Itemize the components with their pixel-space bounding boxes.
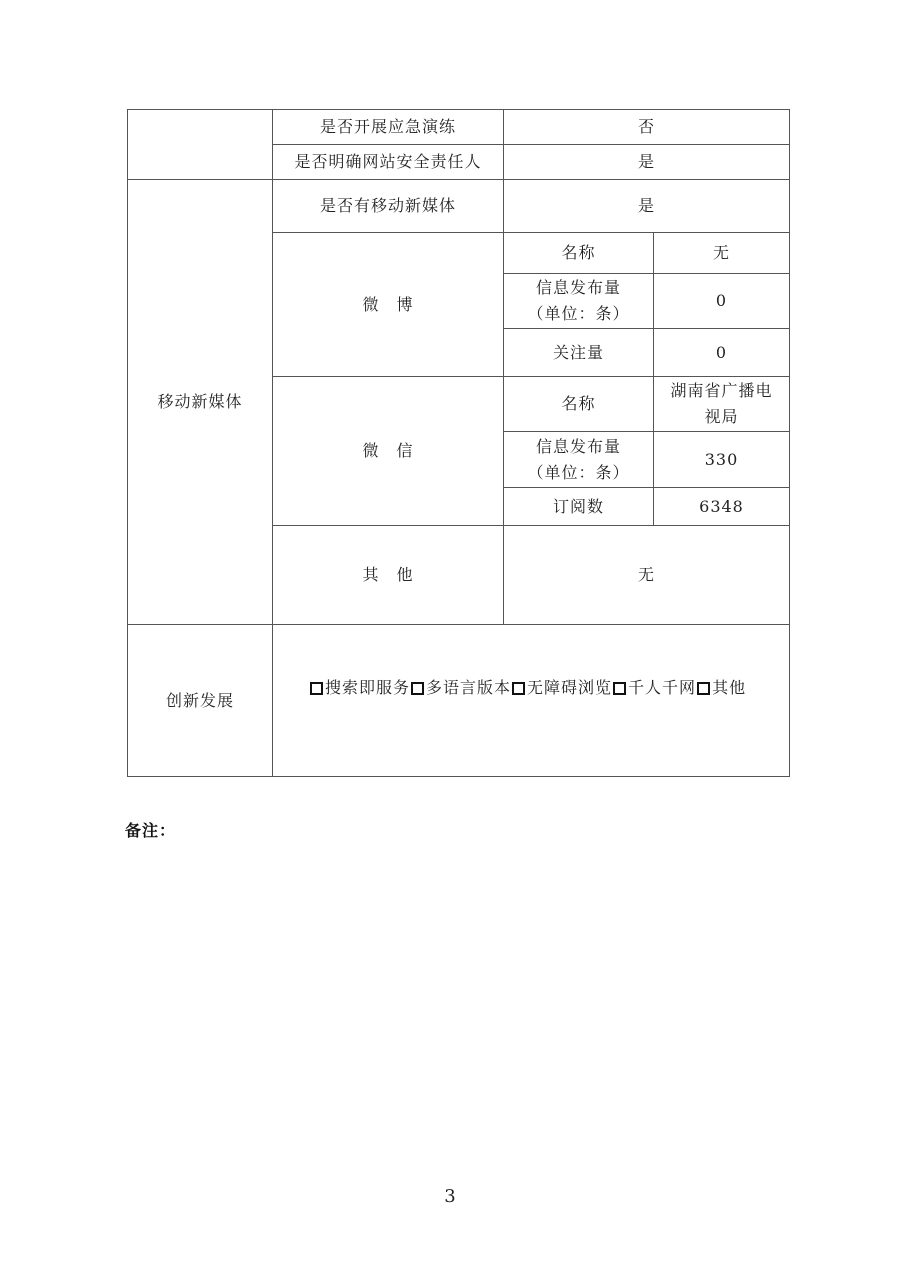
weibo-followers-label: 关注量 [504,329,653,376]
table-border-bottom [127,776,790,777]
emergency-drill-value: 否 [504,110,789,144]
has-mobile-media-label: 是否有移动新媒体 [273,180,503,232]
mobile-media-section-label: 移动新媒体 [128,180,272,624]
weibo-posts-value: 0 [654,274,789,328]
remarks-label: 备注： [125,818,176,841]
security-officer-value: 是 [504,145,789,179]
wechat-label: 微 信 [273,377,503,525]
other-media-label: 其 他 [273,526,503,624]
other-media-value: 无 [504,526,789,624]
wechat-posts-label: 信息发布量 （单位：条） [504,432,653,487]
weibo-name-value: 无 [654,233,789,273]
wechat-subscribers-label: 订阅数 [504,488,653,525]
checkbox-personalization[interactable] [613,682,626,695]
option-label-personalization: 千人千网 [628,675,696,701]
wechat-subscribers-value: 6348 [654,488,789,525]
security-officer-label: 是否明确网站安全责任人 [273,145,503,179]
option-label-search-service: 搜索即服务 [325,675,410,701]
table-border-right [789,109,790,777]
option-label-multi-language: 多语言版本 [426,675,511,701]
weibo-label: 微 博 [273,233,503,376]
weibo-posts-label-line1: 信息发布量 [536,275,621,301]
weibo-posts-label: 信息发布量 （单位：条） [504,274,653,328]
wechat-posts-value: 330 [654,432,789,487]
option-label-accessibility: 无障碍浏览 [527,675,612,701]
has-mobile-media-value: 是 [504,180,789,232]
checkbox-search-service[interactable] [310,682,323,695]
checkbox-multi-language[interactable] [411,682,424,695]
weibo-posts-label-line2: （单位：条） [527,301,629,327]
emergency-drill-label: 是否开展应急演练 [273,110,503,144]
innovation-section-label: 创新发展 [128,625,272,776]
innovation-options: 搜索即服务 多语言版本 无障碍浏览 千人千网 其他 [273,625,789,775]
weibo-name-label: 名称 [504,233,653,273]
wechat-name-label: 名称 [504,377,653,431]
wechat-name-value-line2: 视局 [704,404,738,430]
checkbox-accessibility[interactable] [512,682,525,695]
wechat-name-value-line1: 湖南省广播电 [670,378,772,404]
wechat-posts-label-line2: （单位：条） [527,460,629,486]
wechat-name-value: 湖南省广播电 视局 [654,377,789,431]
weibo-followers-value: 0 [654,329,789,376]
page-number: 3 [0,1186,900,1207]
wechat-posts-label-line1: 信息发布量 [536,434,621,460]
innovation-options-line: 搜索即服务 多语言版本 无障碍浏览 千人千网 其他 [309,675,746,701]
checkbox-other[interactable] [697,682,710,695]
option-label-other: 其他 [712,675,746,701]
